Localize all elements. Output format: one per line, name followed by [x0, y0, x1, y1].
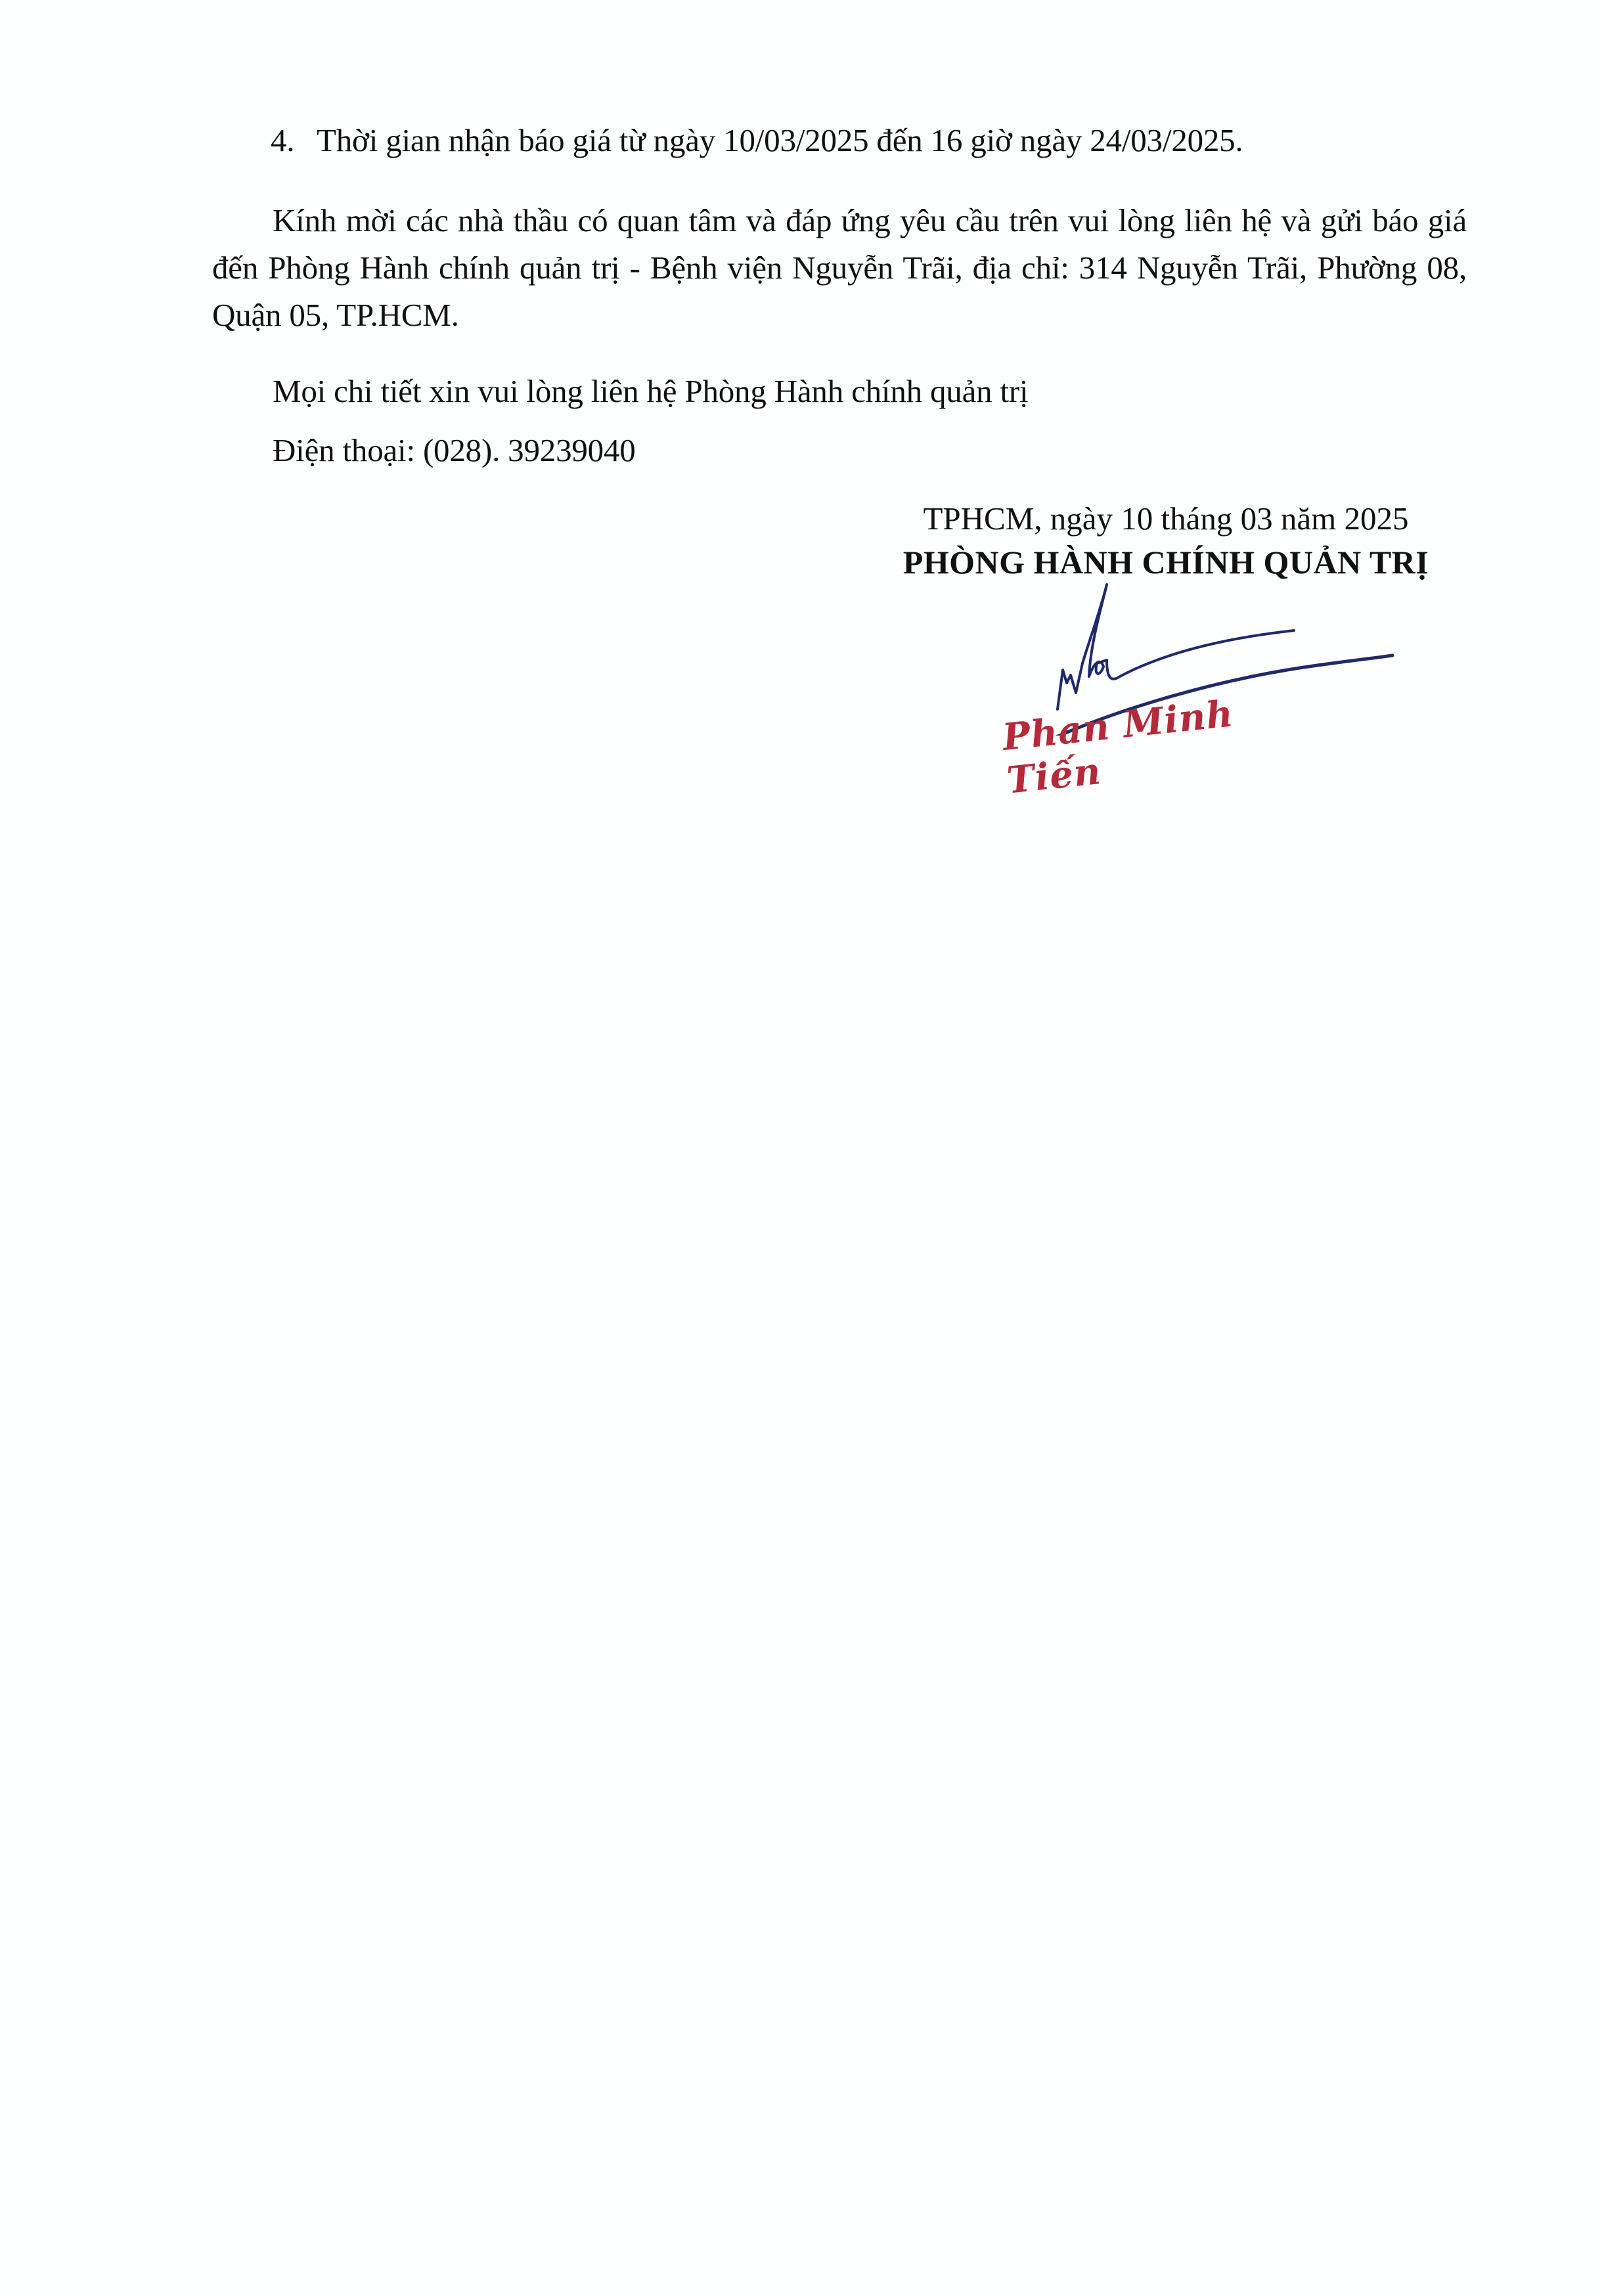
department-title: PHÒNG HÀNH CHÍNH QUẢN TRỊ	[854, 542, 1478, 582]
date-line: TPHCM, ngày 10 tháng 03 năm 2025	[854, 499, 1478, 539]
contact-note: Mọi chi tiết xin vui lòng liên hệ Phòng …	[212, 368, 1467, 415]
phone-paragraph: Điện thoại: (028). 39239040	[212, 427, 1467, 474]
document-page: 4.Thời gian nhận báo giá từ ngày 10/03/2…	[0, 0, 1604, 2296]
invitation-paragraph: Kính mời các nhà thầu có quan tâm và đáp…	[212, 197, 1467, 339]
item-4-time-frame: 4.Thời gian nhận báo giá từ ngày 10/03/2…	[212, 117, 1467, 164]
item-4-text: Thời gian nhận báo giá từ ngày 10/03/202…	[317, 122, 1243, 158]
contact-paragraph: Mọi chi tiết xin vui lòng liên hệ Phòng …	[212, 368, 1467, 415]
item-number: 4.	[271, 117, 317, 164]
phone-number: Điện thoại: (028). 39239040	[212, 427, 1467, 474]
invitation-text: Kính mời các nhà thầu có quan tâm và đáp…	[212, 197, 1467, 339]
